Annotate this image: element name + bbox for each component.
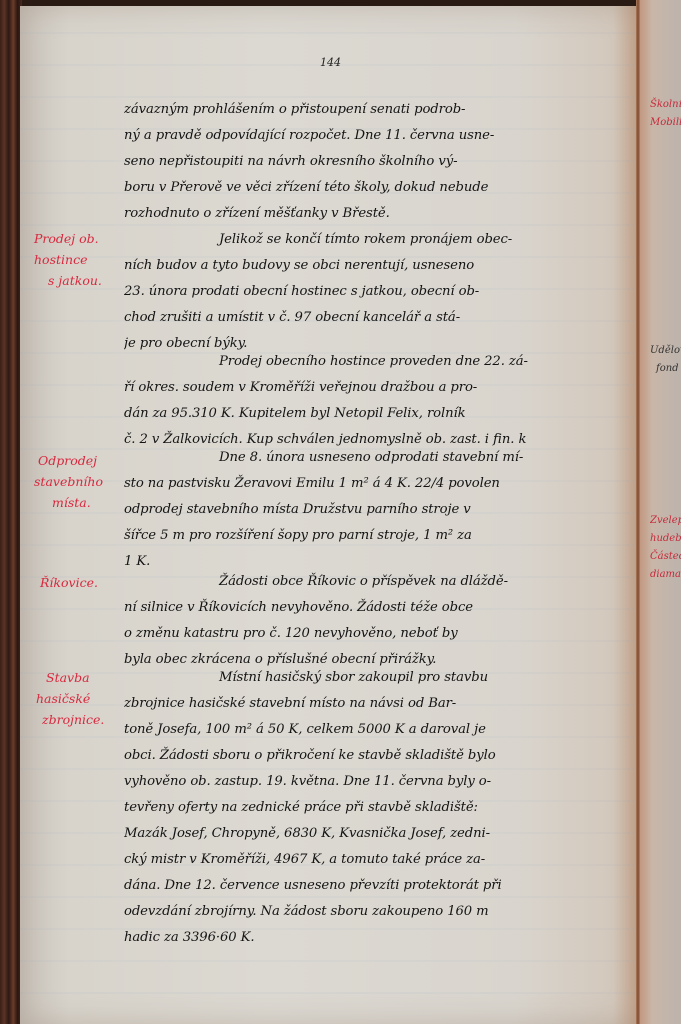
text-line: rozhodnuto o zřízení měšťanky v Břestě. <box>124 201 632 227</box>
margin-note-line: Odprodej <box>34 450 124 471</box>
margin-note-tavern-sale: Prodej ob. hostince s jatkou. <box>34 228 124 291</box>
text-line: Zvelepov <box>650 512 681 530</box>
text-line: sto na pastvisku Žeravovi Emilu 1 m² á 4… <box>124 471 632 497</box>
text-line: Mobiliá <box>650 114 681 132</box>
text-line: chod zrušiti a umístit v č. 97 obecní ka… <box>124 305 632 331</box>
margin-note-building-plot: Odprodej stavebního místa. <box>34 450 124 513</box>
text-line: o změnu katastru pro č. 120 nevyhověno, … <box>124 621 632 647</box>
text-line: diamat <box>650 566 681 584</box>
margin-note-line: Prodej ob. <box>34 228 124 249</box>
ledger-page: 144 Prodej ob. hostince s jatkou. Odprod… <box>20 6 638 1024</box>
text-line: Udělov <box>650 342 681 360</box>
text-line: ních budov a tyto budovy se obci nerentu… <box>124 253 632 279</box>
paragraph-tavern-decision: Jelikož se končí tímto rokem pronájem ob… <box>124 227 632 357</box>
facing-margin-note: Školní Mobiliá <box>650 96 681 132</box>
page-number: 144 <box>320 56 341 69</box>
facing-margin-note: Udělov fond <box>650 342 681 378</box>
text-line: odevzdání zbrojírny. Na žádost sboru zak… <box>124 899 632 925</box>
text-line: Žádosti obce Říkovic o příspěvek na dláž… <box>124 569 632 595</box>
paragraph-school-committee: závazným prohlášením o přistoupení senat… <box>124 97 632 227</box>
text-line: obci. Žádosti sboru o přikročení ke stav… <box>124 743 632 769</box>
paragraph-building-plot: Dne 8. února usneseno odprodati stavební… <box>124 445 632 575</box>
text-line: Školní <box>650 96 681 114</box>
text-line: závazným prohlášením o přistoupení senat… <box>124 97 632 123</box>
text-line: vyhověno ob. zastup. 19. května. Dne 11.… <box>124 769 632 795</box>
margin-note-line: hostince <box>34 249 124 270</box>
text-line: hudebí <box>650 530 681 548</box>
margin-note-line: zbrojnice. <box>34 709 124 730</box>
margin-note-line: stavebního <box>34 471 124 492</box>
text-line: seno nepřistoupiti na návrh okresního šk… <box>124 149 632 175</box>
text-line: tevřeny oferty na zednické práce při sta… <box>124 795 632 821</box>
text-line: 23. února prodati obecní hostinec s jatk… <box>124 279 632 305</box>
text-line: Jelikož se končí tímto rokem pronájem ob… <box>124 227 632 253</box>
text-line: Místní hasičský sbor zakoupil pro stavbu <box>124 665 632 691</box>
text-line: hadic za 3396·60 K. <box>124 925 632 951</box>
text-line: zbrojnice hasičské stavební místo na náv… <box>124 691 632 717</box>
text-line: ní silnice v Říkovicích nevyhověno. Žádo… <box>124 595 632 621</box>
text-line: ný a pravdě odpovídající rozpočet. Dne 1… <box>124 123 632 149</box>
book-binding <box>0 0 22 1024</box>
margin-note-line: místa. <box>34 492 124 513</box>
text-line: ří okres. soudem v Kroměříži veřejnou dr… <box>124 375 632 401</box>
text-line: toně Josefa, 100 m² á 50 K, celkem 5000 … <box>124 717 632 743</box>
text-line: cký mistr v Kroměříži, 4967 K, a tomuto … <box>124 847 632 873</box>
paragraph-fire-station: Místní hasičský sbor zakoupil pro stavbu… <box>124 665 632 951</box>
text-line: dán za 95.310 K. Kupitelem byl Netopil F… <box>124 401 632 427</box>
margin-note-line: Stavba <box>34 667 124 688</box>
facing-margin-note: Zvelepov hudebí Částec diamat <box>650 512 681 584</box>
margin-note-line: Říkovice. <box>34 572 124 593</box>
margin-note-line: s jatkou. <box>34 270 124 291</box>
text-line: dána. Dne 12. července usneseno převzíti… <box>124 873 632 899</box>
margin-note-line: hasičské <box>34 688 124 709</box>
paragraph-rikovice-requests: Žádosti obce Říkovic o příspěvek na dláž… <box>124 569 632 673</box>
text-line: Dne 8. února usneseno odprodati stavební… <box>124 445 632 471</box>
text-line: odprodej stavebního místa Družstvu parní… <box>124 497 632 523</box>
facing-page-edge: Školní Mobiliá Udělov fond Zvelepov hude… <box>640 0 681 1024</box>
text-line: Částec <box>650 548 681 566</box>
paragraph-tavern-auction: Prodej obecního hostince proveden dne 22… <box>124 349 632 453</box>
text-line: Mazák Josef, Chropyně, 6830 K, Kvasnička… <box>124 821 632 847</box>
text-line: fond <box>650 360 681 378</box>
margin-note-fire-station: Stavba hasičské zbrojnice. <box>34 667 124 730</box>
margin-note-rikovice: Říkovice. <box>34 572 124 593</box>
text-line: boru v Přerově ve věci zřízení této škol… <box>124 175 632 201</box>
text-line: šířce 5 m pro rozšíření šopy pro parní s… <box>124 523 632 549</box>
text-line: Prodej obecního hostince proveden dne 22… <box>124 349 632 375</box>
